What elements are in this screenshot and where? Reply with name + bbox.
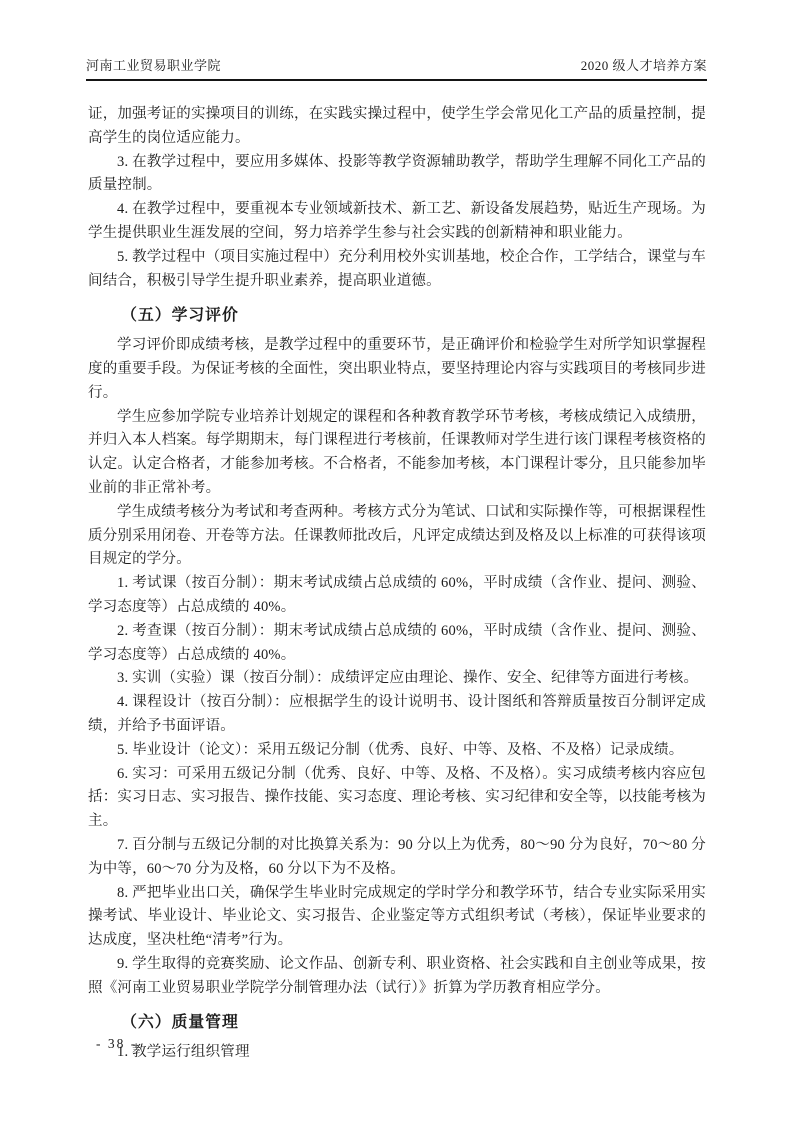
body-paragraph-continued: 证，加强考证的实操项目的训练，在实践实操过程中，使学生学会常见化工产品的质量控制…: [88, 103, 706, 151]
body-paragraph: 1. 教学运行组织管理: [88, 1041, 706, 1065]
page-number-text: - 38 -: [96, 1036, 137, 1051]
document-body: 证，加强考证的实操项目的训练，在实践实操过程中，使学生学会常见化工产品的质量控制…: [88, 103, 706, 1065]
page-header: 河南工业贸易职业学院 2020 级人才培养方案: [86, 55, 707, 81]
document-page: 河南工业贸易职业学院 2020 级人才培养方案 证，加强考证的实操项目的训练，在…: [0, 0, 793, 1122]
list-item-graduation-gate: 8. 严把毕业出口关，确保学生毕业时完成规定的学时学分和教学环节，结合专业实际采…: [88, 882, 706, 953]
list-item-practical-course: 3. 实训（实验）课（按百分制）：成绩评定应由理论、操作、安全、纪律等方面进行考…: [88, 667, 706, 691]
list-item-internship: 6. 实习：可采用五级记分制（优秀、良好、中等、及格、不及格）。实习成绩考核内容…: [88, 763, 706, 834]
list-item-assessment-course: 2. 考查课（按百分制）：期末考试成绩占总成绩的 60%，平时成绩（含作业、提问…: [88, 620, 706, 668]
list-item-graduation-design: 5. 毕业设计（论文）：采用五级记分制（优秀、良好、中等、及格、不及格）记录成绩…: [88, 739, 706, 763]
header-plan-title: 2020 级人才培养方案: [581, 55, 707, 74]
section-heading-learning-evaluation: （五）学习评价: [88, 304, 706, 328]
list-item-credit-conversion: 9. 学生取得的竞赛奖励、论文作品、创新专利、职业资格、社会实践和自主创业等成果…: [88, 953, 706, 1001]
page-number: - 38 -: [96, 1036, 137, 1052]
body-paragraph: 5. 教学过程中（项目实施过程中）充分利用校外实训基地，校企合作，工学结合，课堂…: [88, 246, 706, 294]
list-item-course-design: 4. 课程设计（按百分制）：应根据学生的设计说明书、设计图纸和答辩质量按百分制评…: [88, 691, 706, 739]
section-heading-quality-management: （六）质量管理: [88, 1011, 706, 1035]
header-school-name: 河南工业贸易职业学院: [86, 55, 221, 74]
body-paragraph: 4. 在教学过程中，要重视本专业领域新技术、新工艺、新设备发展趋势，贴近生产现场…: [88, 198, 706, 246]
body-paragraph: 学生成绩考核分为考试和考查两种。考核方式分为笔试、口试和实际操作等，可根据课程性…: [88, 501, 706, 572]
body-paragraph: 3. 在教学过程中，要应用多媒体、投影等教学资源辅助教学，帮助学生理解不同化工产…: [88, 151, 706, 199]
body-paragraph: 学习评价即成绩考核，是教学过程中的重要环节，是正确评价和检验学生对所学知识掌握程…: [88, 334, 706, 405]
body-paragraph: 学生应参加学院专业培养计划规定的课程和各种教育教学环节考核，考核成绩记入成绩册，…: [88, 406, 706, 501]
list-item-grade-conversion: 7. 百分制与五级记分制的对比换算关系为：90 分以上为优秀，80～90 分为良…: [88, 834, 706, 882]
list-item-exam-course: 1. 考试课（按百分制）：期末考试成绩占总成绩的 60%，平时成绩（含作业、提问…: [88, 572, 706, 620]
